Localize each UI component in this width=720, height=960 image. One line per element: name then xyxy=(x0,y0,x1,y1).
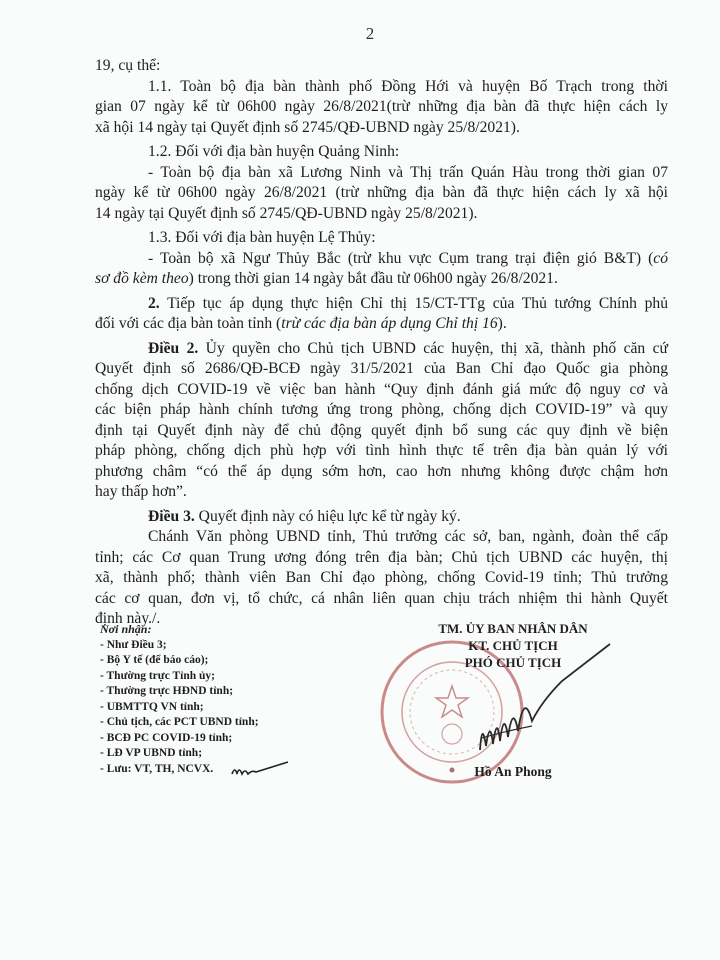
text-line: phương châm “có thể áp dụng sớm hơn, cao… xyxy=(95,462,668,483)
document-body: 19, cụ thể: 1.1. Toàn bộ địa bàn thành p… xyxy=(95,56,668,630)
text-segment: ) trong thời gian 14 ngày bắt đầu từ 06h… xyxy=(189,270,558,287)
recipients-list: Nơi nhận: - Như Điều 3; - Bộ Y tế (để bá… xyxy=(100,622,259,777)
text-segment: ). xyxy=(498,315,507,332)
initials-mark-icon xyxy=(230,758,290,780)
recipient-item: - Thường trực Tỉnh ủy; xyxy=(100,669,259,685)
recipient-item: - UBMTTQ VN tỉnh; xyxy=(100,700,259,716)
text-line: Điều 3. Quyết định này có hiệu lực kể từ… xyxy=(95,507,668,528)
text-line: 2. Tiếp tục áp dụng thực hiện Chỉ thị 15… xyxy=(95,294,668,315)
italic-segment: có xyxy=(653,250,668,267)
signatory-org: TM. ỦY BAN NHÂN DÂN xyxy=(398,620,628,637)
recipient-item: - Bộ Y tế (để báo cáo); xyxy=(100,653,259,669)
text-line: định tại Quyết định này để chủ động quyế… xyxy=(95,421,668,442)
text-line: - Toàn bộ xã Ngư Thủy Bắc (trừ khu vực C… xyxy=(95,249,668,270)
text-line: 14 ngày tại Quyết định số 2745/QĐ-UBND n… xyxy=(95,204,668,225)
recipient-item: - BCĐ PC COVID-19 tỉnh; xyxy=(100,731,259,747)
text-segment: Quyết định này có hiệu lực kể từ ngày ký… xyxy=(195,508,461,525)
text-line: xã hội 14 ngày tại Quyết định số 2745/QĐ… xyxy=(95,118,668,139)
recipient-item: - Như Điều 3; xyxy=(100,638,259,654)
text-line: 1.3. Đối với địa bàn huyện Lệ Thủy: xyxy=(95,228,668,249)
page-number: 2 xyxy=(0,24,720,44)
text-line: các cơ quan, đơn vị, tổ chức, cá nhân li… xyxy=(95,589,668,610)
text-line: - Toàn bộ địa bàn xã Lương Ninh và Thị t… xyxy=(95,163,668,184)
text-segment: Ủy quyền cho Chủ tịch UBND các huyện, th… xyxy=(198,340,668,357)
text-line: xã, thành phố; thành viên Ban Chỉ đạo ph… xyxy=(95,568,668,589)
signer-name: Hồ An Phong xyxy=(398,764,628,780)
text-line: ngày kể từ 06h00 ngày 26/8/2021 (trừ nhữ… xyxy=(95,183,668,204)
text-line: Điều 2. Ủy quyền cho Chủ tịch UBND các h… xyxy=(95,339,668,360)
recipients-title: Nơi nhận: xyxy=(100,622,259,638)
text-line: chống dịch COVID-19 về việc ban hành “Qu… xyxy=(95,380,668,401)
handwritten-signature-icon xyxy=(470,640,670,760)
article-heading: Điều 3. xyxy=(148,508,195,525)
bold-segment: 2. xyxy=(148,295,160,312)
text-line: pháp phòng, chống dịch phù hợp với tình … xyxy=(95,441,668,462)
text-line: 1.2. Đối với địa bàn huyện Quảng Ninh: xyxy=(95,142,668,163)
text-line: Quyết định số 2686/QĐ-BCĐ ngày 31/5/2021… xyxy=(95,359,668,380)
document-page: 2 19, cụ thể: 1.1. Toàn bộ địa bàn thành… xyxy=(0,0,720,960)
article-heading: Điều 2. xyxy=(148,340,198,357)
text-segment: đối với các địa bàn toàn tỉnh ( xyxy=(95,315,281,332)
text-line: đối với các địa bàn toàn tỉnh (trừ các đ… xyxy=(95,314,668,335)
italic-segment: trừ các địa bàn áp dụng Chỉ thị 16 xyxy=(281,315,497,332)
text-segment: - Toàn bộ xã Ngư Thủy Bắc (trừ khu vực C… xyxy=(148,250,653,267)
text-line: các biện pháp hành chính tương ứng trong… xyxy=(95,400,668,421)
text-segment: Tiếp tục áp dụng thực hiện Chỉ thị 15/CT… xyxy=(160,295,668,312)
recipient-item: - Thường trực HĐND tỉnh; xyxy=(100,684,259,700)
text-line: tỉnh; các Cơ quan Trung ương đóng trên đ… xyxy=(95,548,668,569)
recipient-item: - Chủ tịch, các PCT UBND tỉnh; xyxy=(100,715,259,731)
italic-segment: sơ đồ kèm theo xyxy=(95,270,189,287)
text-line: 1.1. Toàn bộ địa bàn thành phố Đồng Hới … xyxy=(95,77,668,98)
text-line: sơ đồ kèm theo) trong thời gian 14 ngày … xyxy=(95,269,668,290)
text-line: gian 07 ngày kể từ 06h00 ngày 26/8/2021(… xyxy=(95,97,668,118)
text-line: hay thấp hơn”. xyxy=(95,482,668,503)
text-line: Chánh Văn phòng UBND tỉnh, Thủ trưởng cá… xyxy=(95,527,668,548)
text-line: 19, cụ thể: xyxy=(95,56,668,77)
